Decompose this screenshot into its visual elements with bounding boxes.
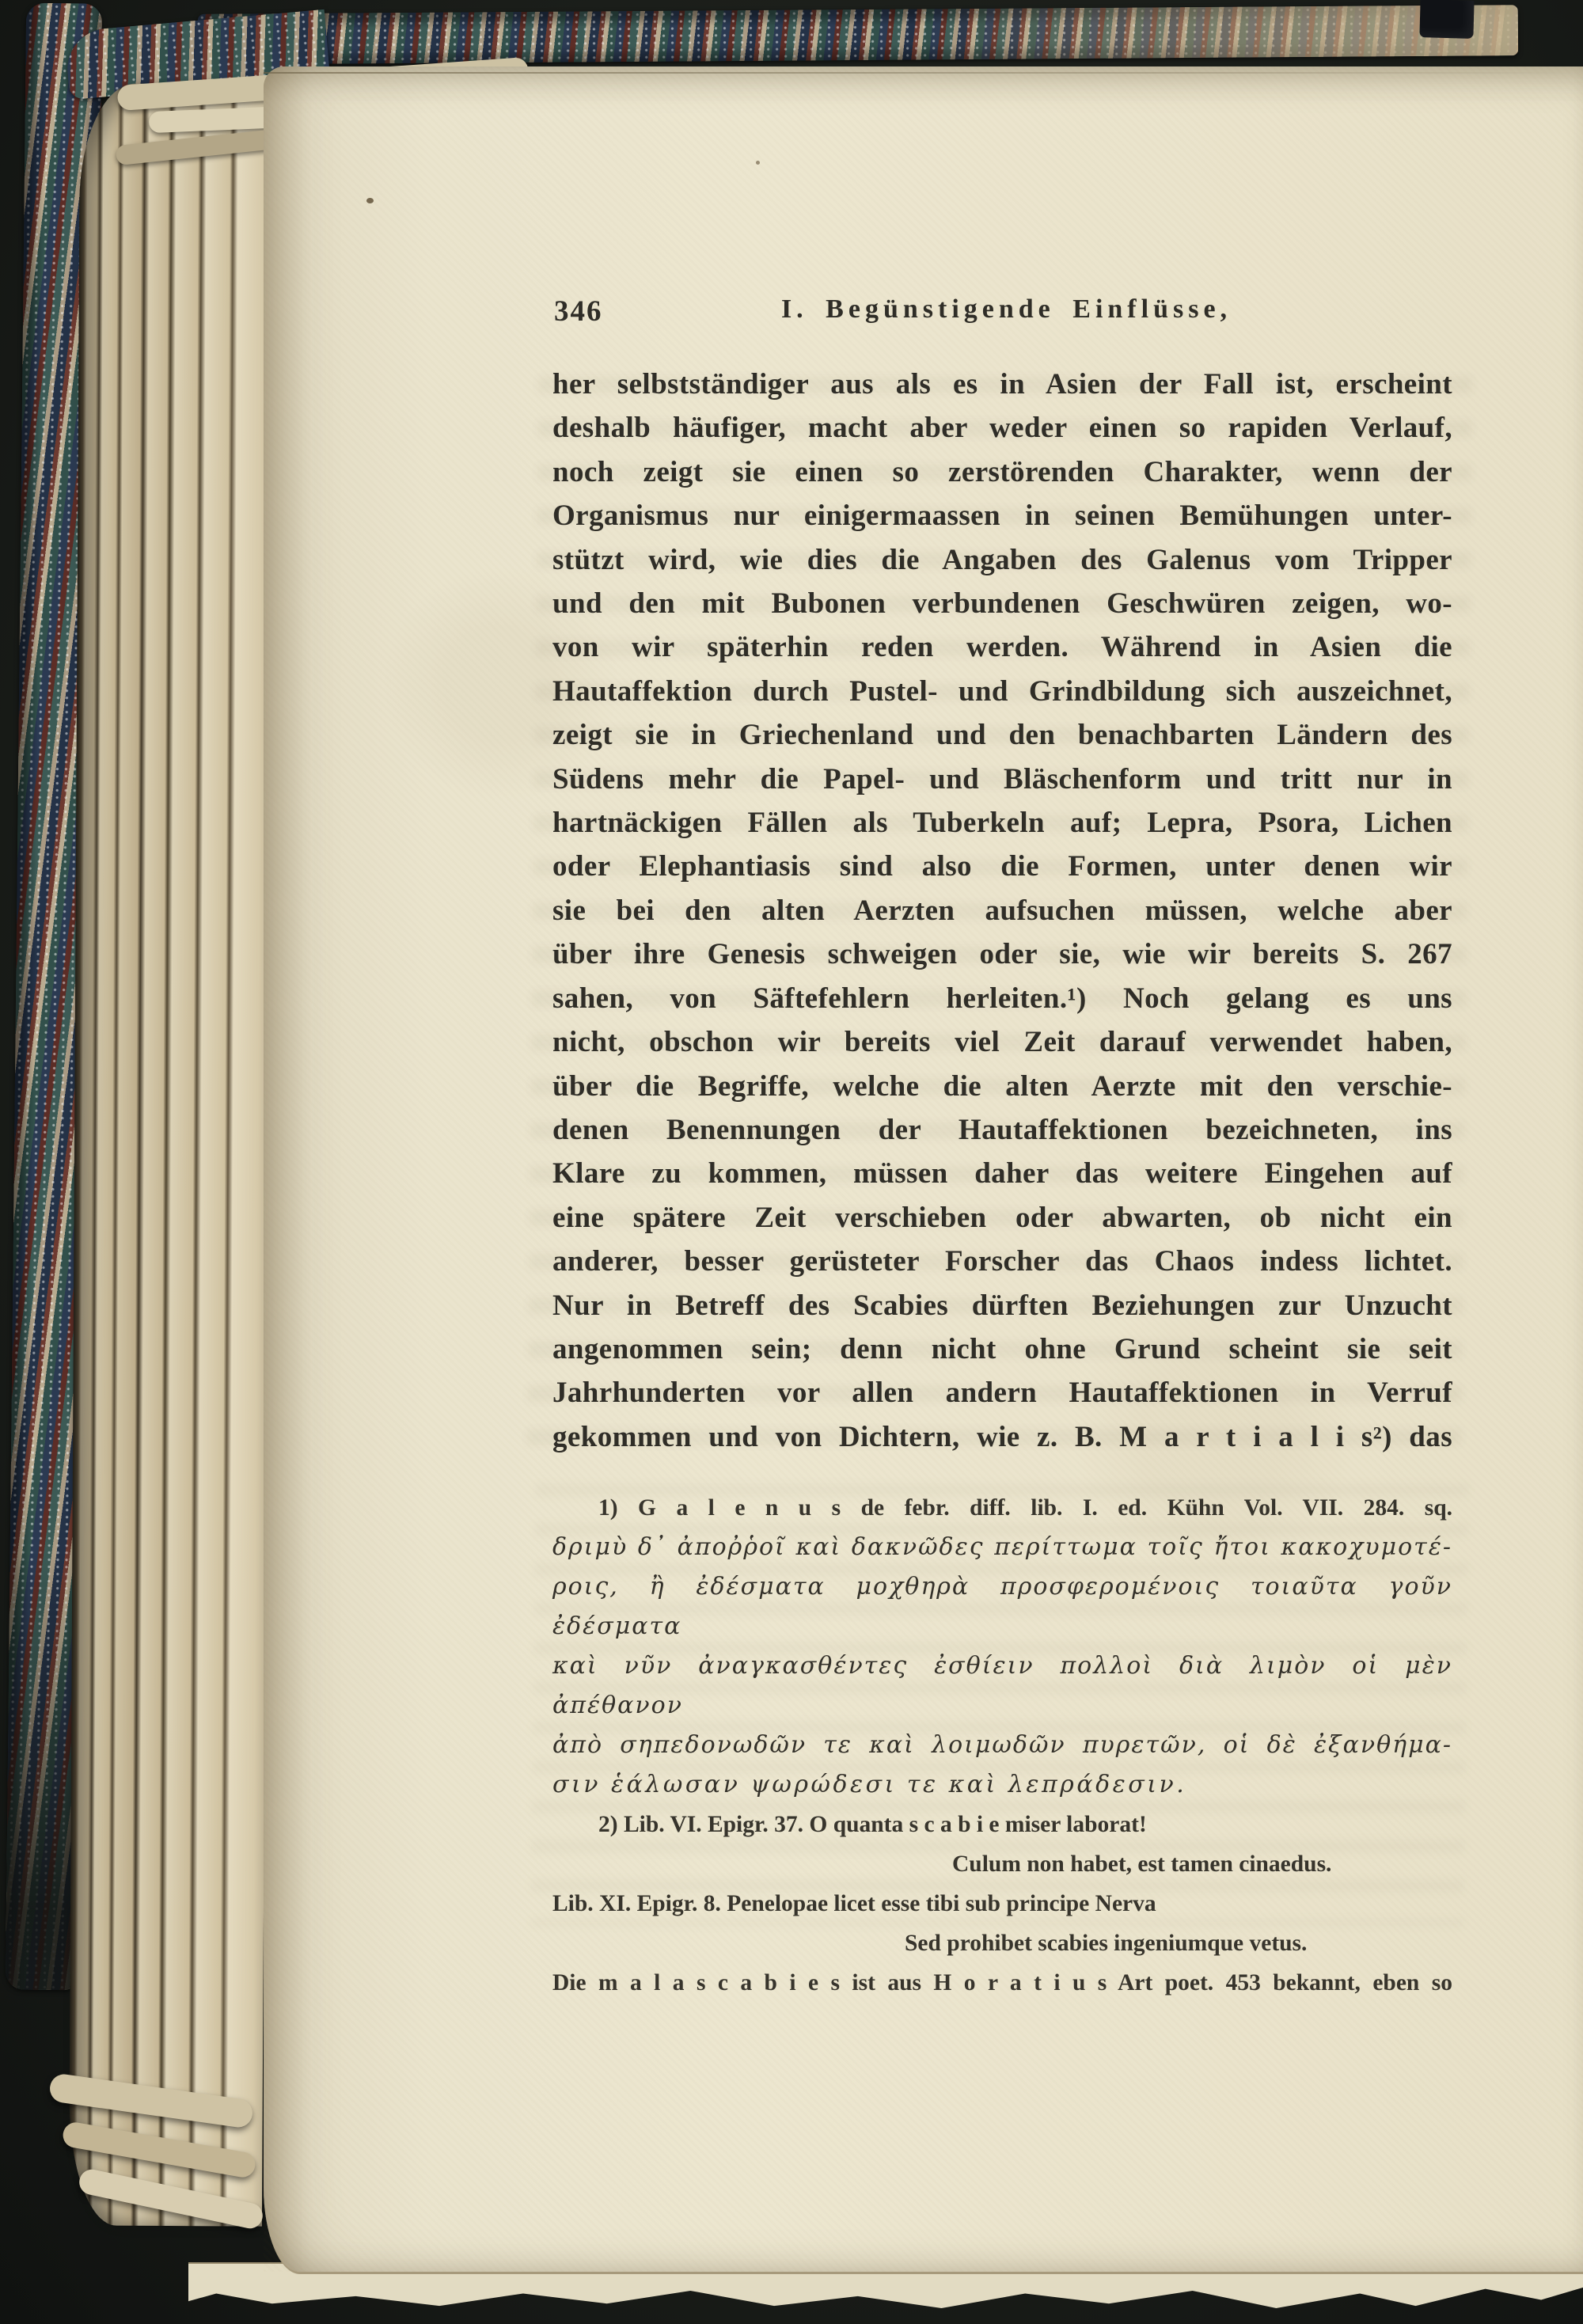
body-text-line: her selbstständiger aus als es in Asien … — [552, 363, 1452, 406]
body-text-line: hartnäckigen Fällen als Tuberkeln auf; L… — [552, 801, 1452, 845]
body-text-line: angenommen sein; denn nicht ohne Grund s… — [552, 1327, 1452, 1371]
footnote-1-greek-line: σιν ἑάλωσαν ψωρώδεσι τε καὶ λεπράδεσιν. — [552, 1765, 1452, 1805]
footnote-2-remark: Die m a l a s c a b i e s ist aus H o r … — [552, 1963, 1452, 2003]
body-text-line: von wir späterhin reden werden. Während … — [552, 625, 1452, 669]
body-text-line: sie bei den alten Aerzten aufsuchen müss… — [552, 889, 1452, 932]
book-page: 346 I. Begünstigende Einflüsse, her selb… — [264, 66, 1583, 2274]
paper-speck — [366, 198, 374, 203]
body-text-line: zeigt sie in Griechenland und den benach… — [552, 713, 1452, 757]
body-text-line: denen Benennungen der Hautaffektionen be… — [552, 1108, 1452, 1152]
body-text-line: gekommen und von Dichtern, wie z. B. M a… — [552, 1415, 1452, 1459]
footnote-1-reference: 1) G a l e n u s de febr. diff. lib. I. … — [552, 1488, 1452, 1528]
book-top-edge-marbling — [198, 5, 1518, 65]
footnote-1-greek-line: δριμὺ δ᾽ ἀποῤῥοῖ καὶ δακνῶδες περίττωμα … — [552, 1528, 1452, 1567]
body-text-line: sahen, von Säftefehlern herleiten.¹) Noc… — [552, 977, 1452, 1020]
body-text-line: anderer, besser gerüsteter Forscher das … — [552, 1240, 1452, 1283]
body-text-line: über die Begriffe, welche die alten Aerz… — [552, 1065, 1452, 1108]
body-text-line: Organismus nur einigermaassen in seinen … — [552, 494, 1452, 537]
footnote-1-greek-line: ροις, ἢ ἐδέσματα μοχθηρὰ προσφερομένοις … — [552, 1567, 1452, 1646]
body-text-line: eine spätere Zeit verschieben oder abwar… — [552, 1196, 1452, 1240]
body-text-line: nicht, obschon wir bereits viel Zeit dar… — [552, 1020, 1452, 1064]
body-text-line: deshalb häufiger, macht aber weder einen… — [552, 406, 1452, 450]
book-photo-scene: 346 I. Begünstigende Einflüsse, her selb… — [0, 0, 1583, 2324]
body-text-line: Klare zu kommen, müssen daher das weiter… — [552, 1152, 1452, 1195]
page-content: 346 I. Begünstigende Einflüsse, her selb… — [552, 66, 1452, 2272]
body-text-line: Hautaffektion durch Pustel- und Grindbil… — [552, 670, 1452, 713]
body-text-line: oder Elephantiasis sind also die Formen,… — [552, 845, 1452, 888]
footnotes: 1) G a l e n u s de febr. diff. lib. I. … — [552, 1488, 1452, 2003]
body-text: her selbstständiger aus als es in Asien … — [552, 363, 1452, 1459]
footnote-1-greek-line: ἀπὸ σηπεδονωδῶν τε καὶ λοιμωδῶν πυρετῶν,… — [552, 1726, 1452, 1765]
running-head-title: I. Begünstigende Einflüsse, — [552, 294, 1460, 325]
body-text-line: Jahrhunderten vor allen andern Hautaffek… — [552, 1371, 1452, 1415]
footnote-2-reference: 2) Lib. VI. Epigr. 37. O quanta s c a b … — [552, 1805, 1452, 1844]
body-text-line: Nur in Betreff des Scabies dürften Bezie… — [552, 1284, 1452, 1327]
dark-tab — [1419, 0, 1474, 39]
footnote-1-greek-line: καὶ νῦν ἀναγκασθέντες ἐσθίειν πολλοὶ διὰ… — [552, 1646, 1452, 1726]
footnote-2-verse: Sed prohibet scabies ingeniumque vetus. — [905, 1923, 1452, 1963]
body-text-line: noch zeigt sie einen so zerstörenden Cha… — [552, 450, 1452, 494]
footnote-2-reference: Lib. XI. Epigr. 8. Penelopae licet esse … — [552, 1884, 1452, 1923]
body-text-line: und den mit Bubonen verbundenen Geschwür… — [552, 582, 1452, 625]
body-text-line: Südens mehr die Papel- und Bläschenform … — [552, 758, 1452, 801]
running-header: 346 I. Begünstigende Einflüsse, — [552, 294, 1452, 331]
body-text-line: über ihre Genesis schweigen oder sie, wi… — [552, 932, 1452, 976]
page-edges-stack — [69, 83, 273, 2226]
footnote-2-verse: Culum non habet, est tamen cinaedus. — [952, 1844, 1452, 1884]
body-text-line: stützt wird, wie dies die Angaben des Ga… — [552, 538, 1452, 582]
